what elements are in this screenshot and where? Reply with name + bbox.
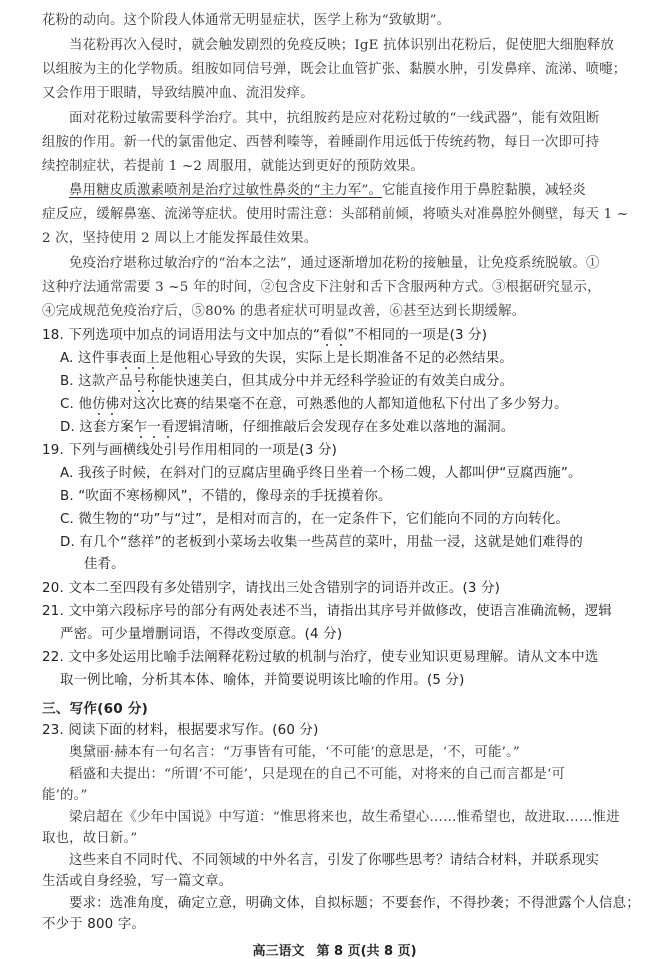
quote-hepburn: 奥黛丽·赫本有一句名言：“万事皆有可能，‘不可能’的意思是，‘不，可能’。” xyxy=(69,744,520,762)
passage-p3-line2: 组胺的作用。新一代的氯雷他定、西替利嗪等，着睡副作用远低于传统药物，每日一次即可… xyxy=(42,134,599,152)
underlined-sentence: 鼻用糖皮质激素喷剂是治疗过敏性鼻炎的“主力军”。 xyxy=(69,183,382,198)
question-19-stem: 19. 下列与画横线处引号作用相同的一项是(3 分) xyxy=(42,442,337,460)
footer-page-info: 第 8 页(共 8 页) xyxy=(316,944,416,959)
option-suffix: 是他粗心导致的失误，实际上是长期准备不足的必然结果。 xyxy=(160,351,513,366)
question-23-stem: 23. 阅读下面的材料，根据要求写作。(60 分) xyxy=(42,722,319,740)
section-writing-title: 三、写作(60 分) xyxy=(42,700,148,718)
dotted-word: 号称 xyxy=(133,374,160,389)
passage-p2-line3: 又会作用于眼睛，导致结膜冲血、流泪发痒。 xyxy=(42,85,314,103)
passage-p4-line2: 症反应，缓解鼻塞、流涕等症状。使用时需注意：头部稍前倾，将喷头对准鼻腔外侧壁，每… xyxy=(42,206,628,224)
option-prefix: D. 这套方案 xyxy=(60,420,134,435)
option-prefix: C. 他 xyxy=(60,397,92,412)
passage-p4-line3: 2 次，坚持使用 2 周以上才能发挥最佳效果。 xyxy=(42,230,317,248)
passage-p2-line1: 当花粉再次入侵时，就会触发剧烈的免疫反映；IgE 抗体识别出花粉后，促使肥大细胞… xyxy=(69,37,614,55)
quote-liang-line1: 梁启超在《少年中国说》中写道：“惟思将来也，故生希望心……惟希望也，故进取……惟… xyxy=(69,809,620,827)
question-19-option-c: C. 微生物的“功”与“过”，是相对而言的，在一定条件下，它们能向不同的方向转化… xyxy=(60,511,569,529)
writing-prompt-line1: 这些来自不同时代、不同领域的中外名言，引发了你哪些思考？请结合材料，并联系现实 xyxy=(69,852,599,870)
question-18-option-c: C. 他仿佛对这次比赛的结果毫不在意，可熟悉他的人都知道他私下付出了多少努力。 xyxy=(60,396,568,414)
question-22-line2: 取一例比喻，分析其本体、喻体，并简要说明该比喻的作用。(5 分) xyxy=(60,672,465,690)
passage-p3-line3: 续控制症状，若提前 1 ~2 周服用，就能达到更好的预防效果。 xyxy=(42,158,424,176)
footer-subject: 高三语文 xyxy=(252,944,304,959)
question-20: 20. 文本二至四段有多处错别字，请找出三处含错别字的词语并改正。(3 分) xyxy=(42,580,500,598)
question-18-stem: 18. 下列选项中加点的词语用法与文中加点的“看似”不相同的一项是(3 分) xyxy=(42,327,487,345)
passage-p2-line2: 以组胺为主的化学物质。组胺如同信号弹，既会让血管扩张、黏膜水肿，引发鼻痒、流涕、… xyxy=(42,61,626,79)
q18-stem-after: ”不相同的一项是(3 分) xyxy=(347,328,487,343)
page-footer: 高三语文第 8 页(共 8 页) xyxy=(0,940,669,959)
question-18-option-d: D. 这套方案乍一看逻辑清晰，仔细推敲后会发现存在多处难以落地的漏洞。 xyxy=(60,419,514,437)
option-suffix: 对这次比赛的结果毫不在意，可熟悉他的人都知道他私下付出了多少努力。 xyxy=(119,397,568,412)
passage-p4-line1-rest: 它能直接作用于鼻腔黏膜，减轻炎 xyxy=(382,183,586,198)
quote-inamori-line1: 稻盛和夫提出：“所谓‘不可能’，只是现在的自己不可能，对将来的自己而言都是‘可 xyxy=(69,766,565,784)
dotted-word: 乍一看 xyxy=(134,420,175,435)
q18-stem-before: 18. 下列选项中加点的词语用法与文中加点的“ xyxy=(42,328,320,343)
question-18-option-b: B. 这款产品号称能快速美白，但其成分中并无经科学验证的有效美白成分。 xyxy=(60,373,513,391)
question-19-option-b: B. “吹面不寒杨柳风”，不错的，像母亲的手抚摸着你。 xyxy=(60,488,392,506)
option-prefix: B. 这款产品 xyxy=(60,374,133,389)
quote-liang-line2: 取也，故日新。” xyxy=(42,830,137,848)
passage-p5-line3: ④完成规范免疫治疗后，⑤80% 的患者症状可明显改善，⑥甚至达到长期缓解。 xyxy=(42,303,525,321)
q18-dotted-word: 看似 xyxy=(320,328,347,343)
quote-inamori-line2: 能’的。” xyxy=(42,787,88,805)
passage-p5-line1: 免疫治疗堪称过敏治疗的“治本之法”，通过逐渐增加花粉的接触量，让免疫系统脱敏。① xyxy=(69,255,600,273)
writing-requirements-line2: 不少于 800 字。 xyxy=(42,916,145,934)
question-22-line1: 22. 文中多处运用比喻手法阐释花粉过敏的机制与治疗，使专业知识更易理解。请从文… xyxy=(42,649,598,667)
question-19-option-a: A. 我孩子时候，在斜对门的豆腐店里确乎终日坐着一个杨二嫂，人都叫伊“豆腐西施”… xyxy=(60,465,582,483)
option-prefix: A. 这件事 xyxy=(60,351,119,366)
passage-p4-line1: 鼻用糖皮质激素喷剂是治疗过敏性鼻炎的“主力军”。它能直接作用于鼻腔黏膜，减轻炎 xyxy=(69,182,586,200)
question-21-line2: 严密。可少量增删词语，不得改变原意。(4 分) xyxy=(60,626,342,644)
question-21-line1: 21. 文中第六段标序号的部分有两处表述不当，请指出其序号并做修改，使语言准确流… xyxy=(42,603,612,621)
passage-p1-tail: 花粉的动向。这个阶段人体通常无明显症状，医学上称为“致敏期”。 xyxy=(42,12,450,30)
dotted-word: 表面上 xyxy=(119,351,160,366)
question-18-option-a: A. 这件事表面上是他粗心导致的失误，实际上是长期准备不足的必然结果。 xyxy=(60,350,513,368)
passage-p5-line2: 这种疗法通常需要 3 ~5 年的时间，②包含皮下注射和舌下含服两种方式。③根据研… xyxy=(42,279,601,297)
passage-p3-line1: 面对花粉过敏需要科学治疗。其中，抗组胺药是应对花粉过敏的“一线武器”，能有效阻断 xyxy=(69,110,600,128)
writing-requirements-line1: 要求：选准角度，确定立意，明确文体，自拟标题；不要套作，不得抄袭；不得泄露个人信… xyxy=(69,895,640,913)
writing-prompt-line2: 生活或自身经验，写一篇文章。 xyxy=(42,873,232,891)
option-suffix: 能快速美白，但其成分中并无经科学验证的有效美白成分。 xyxy=(160,374,513,389)
option-suffix: 逻辑清晰，仔细推敲后会发现存在多处难以落地的漏洞。 xyxy=(175,420,515,435)
question-19-option-d-cont: 佳肴。 xyxy=(84,556,125,574)
dotted-word: 仿佛 xyxy=(92,397,119,412)
question-19-option-d: D. 有几个“慈祥”的老板到小菜场去收集一些莴苣的菜叶，用盐一浸，这就是她们难得… xyxy=(60,534,583,552)
